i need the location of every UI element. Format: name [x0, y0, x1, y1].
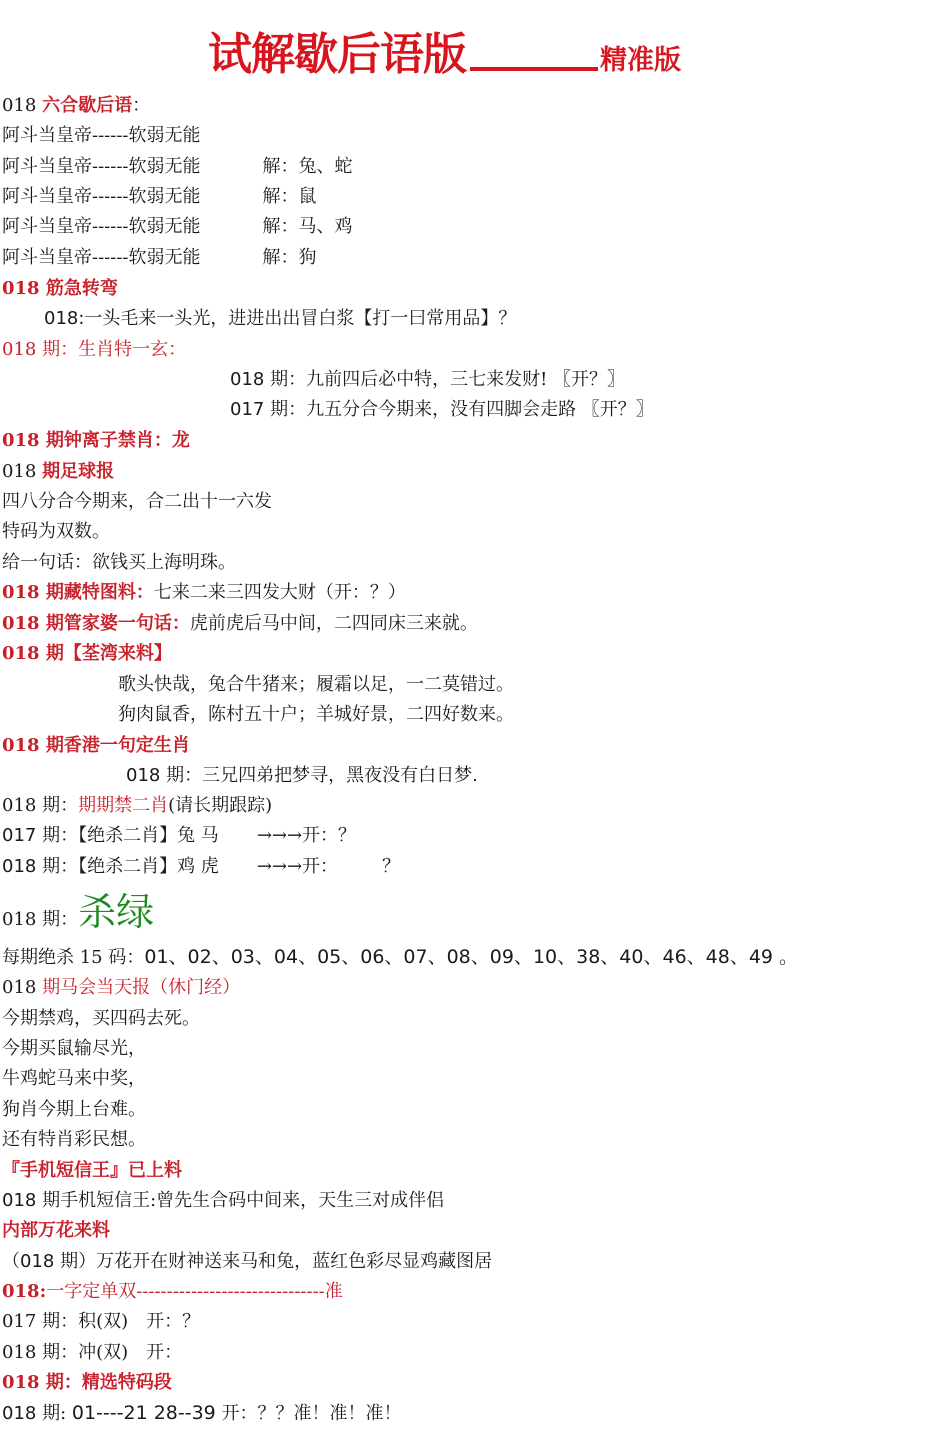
mahui-line: 今期买鼠输尽光，: [2, 1038, 146, 1060]
riddle-text: 阿斗当皇帝------软弱无能: [2, 247, 201, 268]
liuhe-heading: 018 六合歇后语：: [2, 95, 150, 117]
jingxuan-heading: 018 期：精选特码段: [2, 1372, 172, 1394]
kill-green-label: 杀绿: [78, 890, 154, 934]
hongkong-line: 018 期：三兄四弟把梦寻，黑夜没有白日梦.: [126, 765, 478, 787]
mahui-line: 狗肖今期上台难。: [2, 1099, 146, 1121]
riddle-text: 阿斗当皇帝------软弱无能: [2, 186, 201, 207]
arrow-result: →→→开：: [257, 856, 338, 877]
riddle-text: 阿斗当皇帝------软弱无能: [2, 156, 201, 177]
zhongli-heading: 018 期钟离子禁肖：龙: [2, 430, 190, 452]
heading-text: 018 期藏特图料：: [2, 582, 154, 603]
issue-number: 017: [230, 399, 264, 420]
liuhe-row: 阿斗当皇帝------软弱无能: [2, 125, 201, 147]
riddle-text: 阿斗当皇帝------软弱无能: [2, 125, 201, 146]
mahui-line: 今期禁鸡，买四码去死。: [2, 1008, 200, 1030]
title-dash-divider: [470, 67, 598, 71]
heading-text: 期足球报: [42, 461, 114, 482]
heading-text: 018 期管家婆一句话：: [2, 613, 190, 634]
danshuang-heading: 018:一字定单双-------------------------------…: [2, 1281, 343, 1303]
heading-text: 【荃湾来料】: [64, 643, 172, 664]
zodiac-text: 期：九五分合今期来，没有四脚会走路 〖开？〗: [264, 399, 653, 420]
liuhe-row: 阿斗当皇帝------软弱无能解：马、鸡: [2, 216, 353, 238]
football-line: 给一句话：欲钱买上海明珠。: [2, 552, 236, 574]
title-subtitle: 精准版: [600, 45, 681, 76]
heading-text: 六合歇后语: [42, 95, 132, 116]
heading-text: 期马会当天报（休门经）: [42, 977, 240, 998]
qiqi-line: 018 期：【绝杀二肖】鸡 虎→→→开：？: [2, 856, 400, 878]
football-line: 四八分合今期来，合二出十一六发: [2, 491, 272, 513]
result-text: 开：？？准！准！准！: [216, 1403, 402, 1424]
quanwan-line: 狗肉鼠香，陈村五十户；羊城好景，二四好数来。: [118, 704, 514, 726]
zodiac-line: 018 期：九前四后必中特，三七来发财! 〖开？〗: [230, 369, 625, 391]
heading-text: 一字定单双-------------------------------准: [46, 1281, 343, 1302]
sms-line: 018 期手机短信王:曾先生合码中间来，天生三对成伴侣: [2, 1190, 444, 1212]
qiqi-line: 017 期：【绝杀二肖】兔 马→→→开：？: [2, 825, 356, 847]
issue-number: 018: [2, 95, 42, 116]
hongkong-text: 期：三兄四弟把梦寻，黑夜没有白日梦.: [160, 765, 477, 786]
football-heading: 018 期足球报: [2, 461, 114, 483]
issue-number: 018:: [44, 308, 84, 329]
zodiac-text: 期：九前四后必中特，三七来发财! 〖开？〗: [264, 369, 625, 390]
issue-number: 018: [2, 1403, 36, 1424]
wanhua-line: （018 期）万花开在财神送来马和兔，蓝红色彩尽显鸡藏图居: [2, 1251, 492, 1273]
jingxuan-line: 018 期: 01----21 28--39 开：？？准！准！准！: [2, 1402, 402, 1425]
issue-number: 018: [126, 765, 160, 786]
cangte-line: 018 期藏特图料：七来二来三四发大财（开：？）: [2, 582, 406, 604]
issue-number: 018: [2, 461, 42, 482]
number-range: 01----21 28--39: [72, 1402, 216, 1424]
issue-number: 018 期：: [2, 909, 78, 930]
liuhe-row: 阿斗当皇帝------软弱无能解：兔、蛇: [2, 156, 353, 178]
issue-number: 018: [2, 856, 36, 877]
qiqi-heading: 018 期：期期禁二肖(请长期跟踪): [2, 795, 272, 817]
riddle-answer: 解：马、鸡: [263, 216, 353, 237]
kill-numbers-line: 每期绝杀 15 码：01、02、03、04、05、06、07、08、09、10、…: [2, 946, 798, 969]
kill-numbers-label: 每期绝杀 15 码：: [2, 947, 144, 968]
riddle-answer: 解：狗: [263, 247, 317, 268]
issue-number: 018: [2, 977, 42, 998]
danshuang-line: 017 期：积(双) 开：？: [2, 1311, 200, 1333]
riddle-answer: 解：鼠: [263, 186, 317, 207]
kill-label: 期：【绝杀二肖】兔 马: [36, 825, 218, 846]
kill-numbers: 01、02、03、04、05、06、07、08、09、10、38、40、46、4…: [144, 946, 798, 968]
quanwan-heading: 018 期【荃湾来料】: [2, 643, 172, 665]
zodiac-heading: 018 期：生肖特一玄：: [2, 339, 186, 361]
liuhe-row: 阿斗当皇帝------软弱无能解：鼠: [2, 186, 317, 208]
zodiac-line: 017 期：九五分合今期来，没有四脚会走路 〖开？〗: [230, 399, 654, 421]
page-title: 试解歇后语版精准版: [208, 18, 681, 78]
guanjia-line: 018 期管家婆一句话：虎前虎后马中间，二四同床三来就。: [2, 613, 478, 635]
danshuang-line: 018 期：冲(双) 开：: [2, 1342, 182, 1364]
sms-text: 期手机短信王:曾先生合码中间来，天生三对成伴侣: [36, 1190, 444, 1211]
cangte-text: 七来二来三四发大财（开：？）: [154, 582, 406, 603]
arrow-result: →→→开：？: [257, 825, 356, 846]
issue-number: 018:: [2, 1281, 46, 1302]
issue-number: 018 期: [2, 643, 64, 664]
sms-heading: 『手机短信王』已上料: [2, 1160, 182, 1182]
heading-text: 期期禁二肖: [78, 795, 168, 816]
heading-note: (请长期跟踪): [168, 795, 272, 816]
title-main: 试解歇后语版: [208, 29, 466, 80]
riddle-text: 阿斗当皇帝------软弱无能: [2, 216, 201, 237]
question-text: 一头毛来一头光，进进出出冒白浆【打一曰常用品】？: [84, 308, 516, 329]
issue-number: 017: [2, 825, 36, 846]
brain-teaser-heading: 018 筋急转弯: [2, 278, 118, 300]
wanhua-heading: 内部万花来料: [2, 1220, 110, 1242]
issue-number: （018: [2, 1251, 54, 1272]
wanhua-text: 期）万花开在财神送来马和兔，蓝红色彩尽显鸡藏图居: [54, 1251, 492, 1272]
issue-number: 018: [2, 1190, 36, 1211]
guanjia-text: 虎前虎后马中间，二四同床三来就。: [190, 613, 478, 634]
issue-label: 期:: [36, 1403, 72, 1424]
hongkong-heading: 018 期香港一句定生肖: [2, 735, 190, 757]
heading-colon: ：: [132, 95, 150, 116]
issue-number: 018: [230, 369, 264, 390]
riddle-answer: 解：兔、蛇: [263, 156, 353, 177]
question-mark: ？: [382, 856, 400, 877]
kill-green-line: 018 期：杀绿: [2, 890, 154, 942]
issue-number: 018 期：: [2, 795, 78, 816]
quanwan-line: 歌头快哉，兔合牛猪来；履霜以足，一二莫错过。: [118, 674, 514, 696]
football-line: 特码为双数。: [2, 521, 110, 543]
mahui-line: 还有特肖彩民想。: [2, 1129, 146, 1151]
liuhe-row: 阿斗当皇帝------软弱无能解：狗: [2, 247, 317, 269]
mahui-heading: 018 期马会当天报（休门经）: [2, 977, 240, 999]
mahui-line: 牛鸡蛇马来中奖，: [2, 1068, 146, 1090]
kill-label: 期：【绝杀二肖】鸡 虎: [36, 856, 218, 877]
brain-teaser-question: 018:一头毛来一头光，进进出出冒白浆【打一曰常用品】？: [44, 308, 516, 330]
